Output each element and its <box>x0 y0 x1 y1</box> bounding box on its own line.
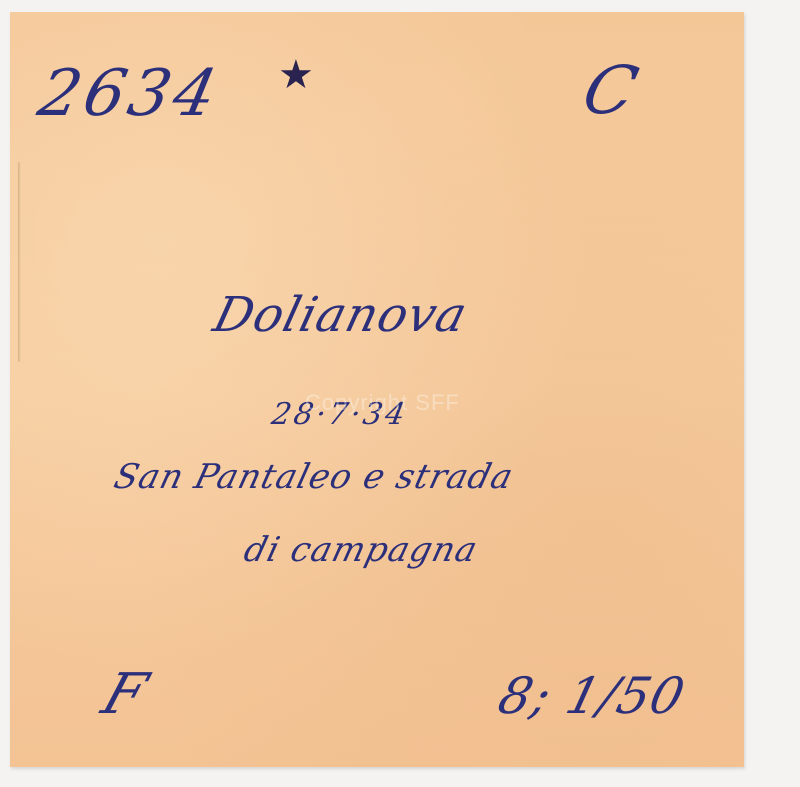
watermark: Copyright SFF <box>305 390 460 416</box>
category-letter: C <box>575 52 646 129</box>
bottom-left-mark: F <box>94 662 155 727</box>
star-icon: ★ <box>278 52 315 98</box>
description-line-2: di campagna <box>240 530 482 570</box>
bottom-right-value: 8; 1/50 <box>493 667 691 725</box>
description-line-1: San Pantaleo e strada <box>110 457 518 497</box>
paper-edge-fold <box>18 162 21 362</box>
document-card: 2634 ★ C Dolianova 28·7·34 Copyright SFF… <box>10 12 744 767</box>
catalog-number: 2634 <box>32 57 227 131</box>
place-name: Dolianova <box>208 287 473 343</box>
